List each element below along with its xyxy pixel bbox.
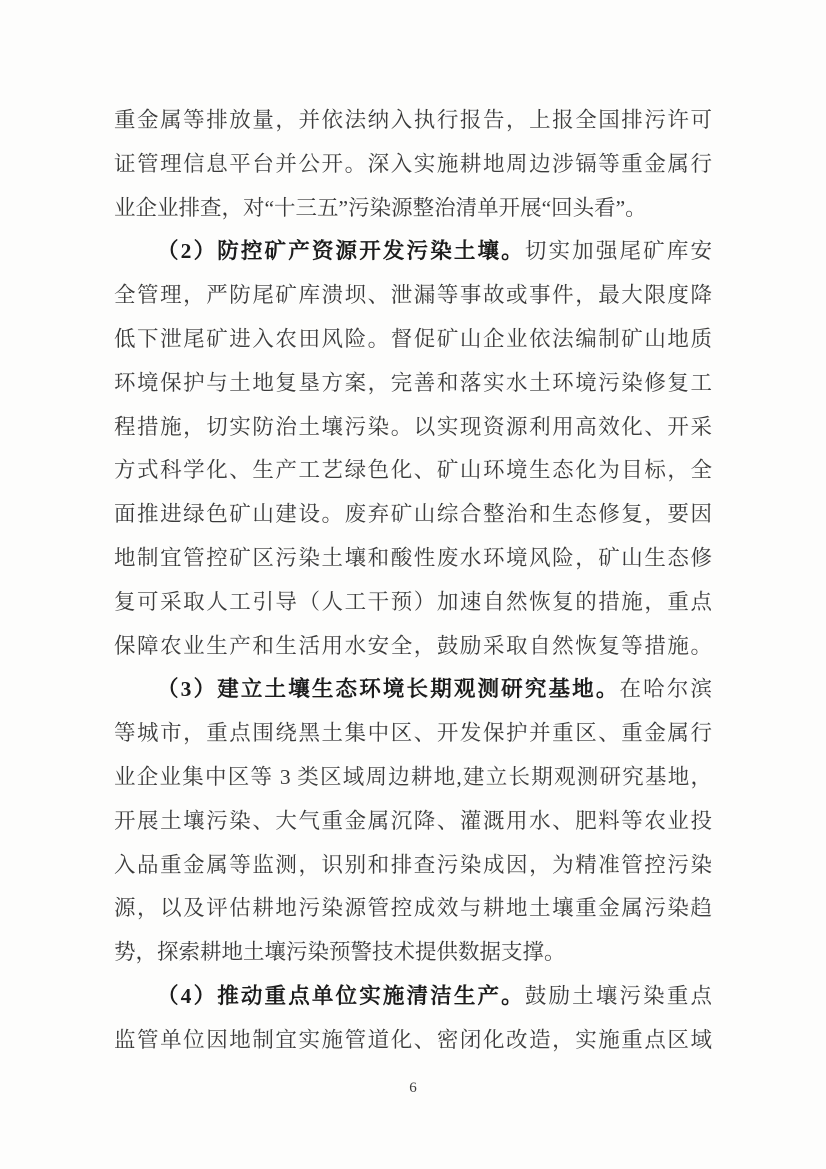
- text-line: 入品重金属等监测，识别和排查污染成因，为精准管控污染: [114, 844, 712, 888]
- page-background: 重金属等排放量，并依法纳入执行报告，上报全国排污许可证管理信息平台并公开。深入实…: [0, 0, 826, 1169]
- para-continuation: 重金属等排放量，并依法纳入执行报告，上报全国排污许可证管理信息平台并公开。深入实…: [114, 99, 712, 230]
- body-text-run: 开展土壤污染、大气重金属沉降、灌溉用水、肥料等农业投: [114, 809, 712, 833]
- item-heading-run: （4）推动重点单位实施清洁生产。: [157, 984, 525, 1008]
- para-item-3: （3）建立土壤生态环境长期观测研究基地。在哈尔滨等城市，重点围绕黑土集中区、开发…: [114, 668, 712, 975]
- text-line: 复可采取人工引导（人工干预）加速自然恢复的措施，重点: [114, 581, 712, 625]
- body-text-run: 复可采取人工引导（人工干预）加速自然恢复的措施，重点: [114, 590, 712, 614]
- body-text-run: 重金属等排放量，并依法纳入执行报告，上报全国排污许可: [114, 108, 712, 132]
- scanned-document-page: { "page": { "number": "6", "colors": { "…: [0, 0, 826, 1169]
- body-text-run: 业企业排查，对“十三五”污染源整治清单开展“回头看”。: [114, 196, 647, 220]
- body-text-run: 监管单位因地制宜实施管道化、密闭化改造，实施重点区域: [114, 1028, 712, 1052]
- text-line: 环境保护与土地复垦方案，完善和落实水土环境污染修复工: [114, 362, 712, 406]
- body-text: 重金属等排放量，并依法纳入执行报告，上报全国排污许可证管理信息平台并公开。深入实…: [114, 99, 712, 1063]
- text-line: （4）推动重点单位实施清洁生产。鼓励土壤污染重点: [114, 975, 712, 1019]
- para-item-2: （2）防控矿产资源开发污染土壤。切实加强尾矿库安全管理，严防尾矿库溃坝、泄漏等事…: [114, 230, 712, 668]
- text-line: 开展土壤污染、大气重金属沉降、灌溉用水、肥料等农业投: [114, 800, 712, 844]
- text-line: 方式科学化、生产工艺绿色化、矿山环境生态化为目标，全: [114, 449, 712, 493]
- text-line: （3）建立土壤生态环境长期观测研究基地。在哈尔滨: [114, 668, 712, 712]
- body-text-run: 证管理信息平台并公开。深入实施耕地周边涉镉等重金属行: [114, 152, 712, 176]
- text-line: 势，探索耕地土壤污染预警技术提供数据支撑。: [114, 931, 712, 975]
- text-line: 低下泄尾矿进入农田风险。督促矿山企业依法编制矿山地质: [114, 318, 712, 362]
- body-text-run: 在哈尔滨: [620, 677, 713, 701]
- text-line: 保障农业生产和生活用水安全，鼓励采取自然恢复等措施。: [114, 625, 712, 669]
- body-text-run: 程措施，切实防治土壤污染。以实现资源利用高效化、开采: [114, 415, 712, 439]
- text-line: 证管理信息平台并公开。深入实施耕地周边涉镉等重金属行: [114, 143, 712, 187]
- item-heading-run: （2）防控矿产资源开发污染土壤。: [157, 239, 525, 263]
- body-text-run: 保障农业生产和生活用水安全，鼓励采取自然恢复等措施。: [114, 634, 712, 658]
- text-line: 地制宜管控矿区污染土壤和酸性废水环境风险，矿山生态修: [114, 537, 712, 581]
- body-text-run: 切实加强尾矿库安: [525, 239, 712, 263]
- para-item-4: （4）推动重点单位实施清洁生产。鼓励土壤污染重点监管单位因地制宜实施管道化、密闭…: [114, 975, 712, 1063]
- body-text-run: 入品重金属等监测，识别和排查污染成因，为精准管控污染: [114, 853, 712, 877]
- body-text-run: 地制宜管控矿区污染土壤和酸性废水环境风险，矿山生态修: [114, 546, 712, 570]
- body-text-run: 等城市，重点围绕黑土集中区、开发保护并重区、重金属行: [114, 721, 712, 745]
- item-heading-run: （3）建立土壤生态环境长期观测研究基地。: [157, 677, 620, 701]
- text-line: 源，以及评估耕地污染源管控成效与耕地土壤重金属污染趋: [114, 887, 712, 931]
- text-line: 业企业排查，对“十三五”污染源整治清单开展“回头看”。: [114, 187, 712, 231]
- body-text-run: 环境保护与土地复垦方案，完善和落实水土环境污染修复工: [114, 371, 712, 395]
- text-line: 重金属等排放量，并依法纳入执行报告，上报全国排污许可: [114, 99, 712, 143]
- body-text-run: 业企业集中区等 3 类区域周边耕地,建立长期观测研究基地，: [114, 765, 712, 789]
- page-number: 6: [0, 1080, 826, 1097]
- body-text-run: 源，以及评估耕地污染源管控成效与耕地土壤重金属污染趋: [114, 896, 712, 920]
- body-text-run: 鼓励土壤污染重点: [525, 984, 712, 1008]
- body-text-run: 方式科学化、生产工艺绿色化、矿山环境生态化为目标，全: [114, 458, 712, 482]
- text-line: 等城市，重点围绕黑土集中区、开发保护并重区、重金属行: [114, 712, 712, 756]
- text-line: 业企业集中区等 3 类区域周边耕地,建立长期观测研究基地，: [114, 756, 712, 800]
- body-text-run: 全管理，严防尾矿库溃坝、泄漏等事故或事件，最大限度降: [114, 283, 712, 307]
- body-text-run: 低下泄尾矿进入农田风险。督促矿山企业依法编制矿山地质: [114, 327, 712, 351]
- text-line: 监管单位因地制宜实施管道化、密闭化改造，实施重点区域: [114, 1019, 712, 1063]
- body-text-run: 势，探索耕地土壤污染预警技术提供数据支撑。: [114, 940, 566, 964]
- text-line: 全管理，严防尾矿库溃坝、泄漏等事故或事件，最大限度降: [114, 274, 712, 318]
- text-line: （2）防控矿产资源开发污染土壤。切实加强尾矿库安: [114, 230, 712, 274]
- text-line: 面推进绿色矿山建设。废弃矿山综合整治和生态修复，要因: [114, 493, 712, 537]
- body-text-run: 面推进绿色矿山建设。废弃矿山综合整治和生态修复，要因: [114, 502, 712, 526]
- text-line: 程措施，切实防治土壤污染。以实现资源利用高效化、开采: [114, 406, 712, 450]
